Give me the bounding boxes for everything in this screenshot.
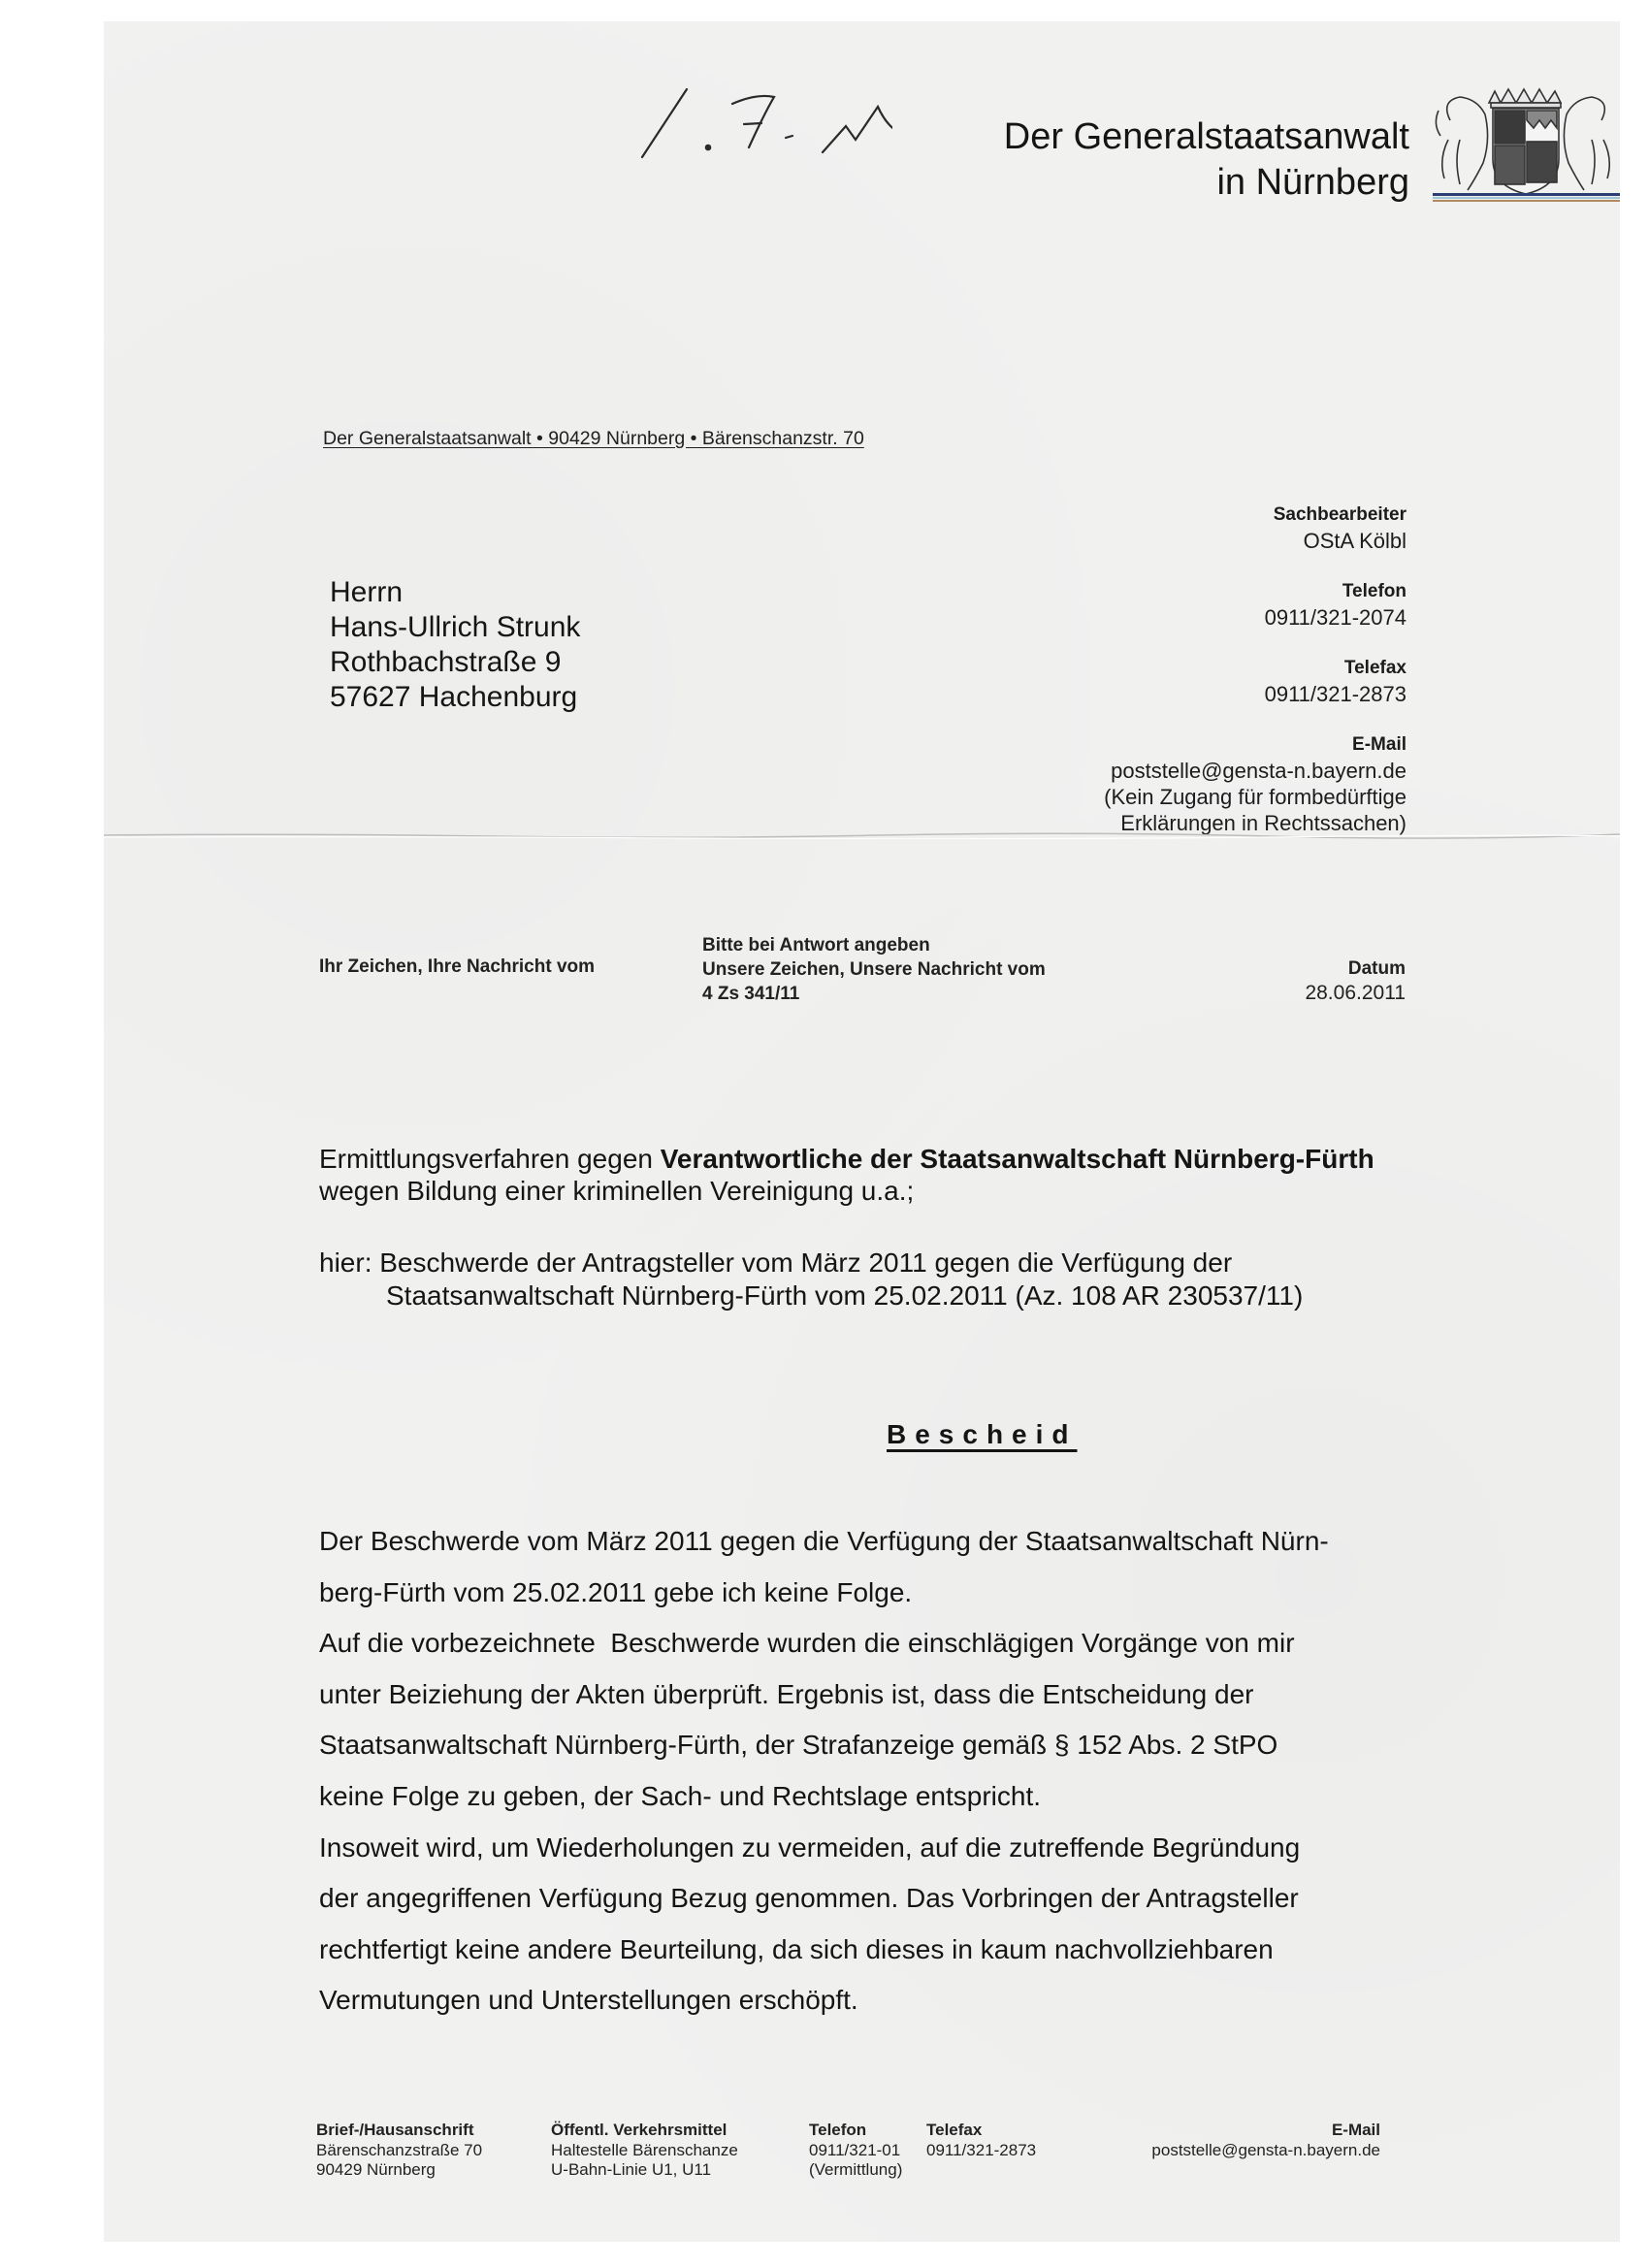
clerk-group: Sachbearbeiter OStA Kölbl — [1104, 502, 1406, 554]
footer-phone-label: Telefon — [809, 2121, 902, 2141]
body-line: rechtfertigt keine andere Beurteilung, d… — [319, 1925, 1329, 1976]
recipient-name: Hans-Ullrich Strunk — [330, 610, 580, 645]
email-label: E-Mail — [1104, 732, 1406, 758]
footer-email-link[interactable]: poststelle@gensta-n.bayern.de — [1151, 2141, 1380, 2161]
subject-line1: Ermittlungsverfahren gegen Verantwortlic… — [319, 1143, 1374, 1175]
footer-phone-line1: 0911/321-01 — [809, 2141, 902, 2161]
phone-value: 0911/321-2074 — [1104, 604, 1406, 631]
body-line: der angegriffenen Verfügung Bezug genomm… — [319, 1873, 1329, 1925]
subject-block: Ermittlungsverfahren gegen Verantwortlic… — [319, 1143, 1374, 1207]
handwritten-date-note — [601, 70, 892, 167]
contact-info-column: Sachbearbeiter OStA Kölbl Telefon 0911/3… — [1104, 502, 1406, 861]
authority-title: Der Generalstaatsanwalt in Nürnberg — [1004, 114, 1409, 206]
footer-transit: Öffentl. Verkehrsmittel Haltestelle Bäre… — [551, 2121, 738, 2181]
authority-title-line1: Der Generalstaatsanwalt — [1004, 114, 1409, 160]
recipient-city: 57627 Hachenburg — [330, 680, 580, 715]
phone-label: Telefon — [1104, 579, 1406, 604]
reply-hint: Bitte bei Antwort angeben — [702, 933, 1046, 957]
footer-transit-label: Öffentl. Verkehrsmittel — [551, 2121, 738, 2141]
body-line: keine Folge zu geben, der Sach- und Rech… — [319, 1771, 1329, 1823]
footer-transit-line1: Haltestelle Bärenschanze — [551, 2141, 738, 2161]
recipient-address: Herrn Hans-Ullrich Strunk Rothbachstraße… — [330, 575, 580, 715]
coat-of-arms-icon — [1431, 81, 1620, 208]
footer-fax-line1: 0911/321-2873 — [926, 2141, 1036, 2161]
footer-phone: Telefon 0911/321-01 (Vermittlung) — [809, 2121, 902, 2181]
footer-address-line1: Bärenschanzstraße 70 — [316, 2141, 482, 2161]
footer-address-label: Brief-/Hausanschrift — [316, 2121, 482, 2141]
date-label: Datum — [1305, 956, 1406, 981]
footer-address-line2: 90429 Nürnberg — [316, 2160, 482, 2181]
sender-return-address: Der Generalstaatsanwalt • 90429 Nürnberg… — [323, 428, 864, 450]
fax-value: 0911/321-2873 — [1104, 681, 1406, 707]
fax-label: Telefax — [1104, 656, 1406, 681]
body-line: unter Beiziehung der Akten überprüft. Er… — [319, 1669, 1329, 1721]
recipient-salutation: Herrn — [330, 575, 580, 610]
recipient-street: Rothbachstraße 9 — [330, 645, 580, 680]
body-line: Vermutungen und Unterstellungen erschöpf… — [319, 1975, 1329, 2026]
body-line: Der Beschwerde vom März 2011 gegen die V… — [319, 1516, 1329, 1568]
regarding-line2: Staatsanwaltschaft Nürnberg-Fürth vom 25… — [319, 1280, 1303, 1312]
your-reference-label: Ihr Zeichen, Ihre Nachricht vom — [319, 956, 595, 978]
phone-group: Telefon 0911/321-2074 — [1104, 579, 1406, 631]
subject-bold: Verantwortliche der Staatsanwaltschaft N… — [661, 1144, 1374, 1174]
decision-heading: Bescheid — [887, 1419, 1078, 1450]
fax-group: Telefax 0911/321-2873 — [1104, 656, 1406, 707]
subject-line2: wegen Bildung einer kriminellen Vereinig… — [319, 1175, 1374, 1207]
footer-email-label: E-Mail — [1151, 2121, 1380, 2141]
decision-body: Der Beschwerde vom März 2011 gegen die V… — [319, 1516, 1329, 2026]
date-value: 28.06.2011 — [1305, 981, 1406, 1005]
email-note-line1: (Kein Zugang für formbedürftige — [1104, 784, 1406, 810]
regarding-block: hier: Beschwerde der Antragsteller vom M… — [319, 1247, 1303, 1312]
email-link[interactable]: poststelle@gensta-n.bayern.de — [1104, 758, 1406, 784]
paper-fold-crease — [104, 826, 1620, 834]
email-group: E-Mail poststelle@gensta-n.bayern.de (Ke… — [1104, 732, 1406, 836]
our-reference-value: 4 Zs 341/11 — [702, 982, 1046, 1006]
our-reference-block: Bitte bei Antwort angeben Unsere Zeichen… — [702, 933, 1046, 1006]
footer-phone-line2: (Vermittlung) — [809, 2160, 902, 2181]
body-line: berg-Fürth vom 25.02.2011 gebe ich keine… — [319, 1568, 1329, 1619]
subject-prefix: Ermittlungsverfahren gegen — [319, 1144, 661, 1174]
handwriting-icon — [601, 70, 892, 167]
authority-title-line2: in Nürnberg — [1004, 160, 1409, 206]
body-line: Insoweit wird, um Wiederholungen zu verm… — [319, 1823, 1329, 1874]
regarding-line1: hier: Beschwerde der Antragsteller vom M… — [319, 1247, 1303, 1280]
footer-address: Brief-/Hausanschrift Bärenschanzstraße 7… — [316, 2121, 482, 2181]
footer-fax-label: Telefax — [926, 2121, 1036, 2141]
clerk-value: OStA Kölbl — [1104, 528, 1406, 554]
footer-transit-line2: U-Bahn-Linie U1, U11 — [551, 2160, 738, 2181]
footer-fax: Telefax 0911/321-2873 — [926, 2121, 1036, 2160]
our-reference-label: Unsere Zeichen, Unsere Nachricht vom — [702, 957, 1046, 982]
body-line: Staatsanwaltschaft Nürnberg-Fürth, der S… — [319, 1720, 1329, 1771]
body-line: Auf die vorbezeichnete Beschwerde wurden… — [319, 1618, 1329, 1669]
date-block: Datum 28.06.2011 — [1305, 956, 1406, 1005]
footer-email: E-Mail poststelle@gensta-n.bayern.de — [1151, 2121, 1380, 2160]
clerk-label: Sachbearbeiter — [1104, 502, 1406, 528]
